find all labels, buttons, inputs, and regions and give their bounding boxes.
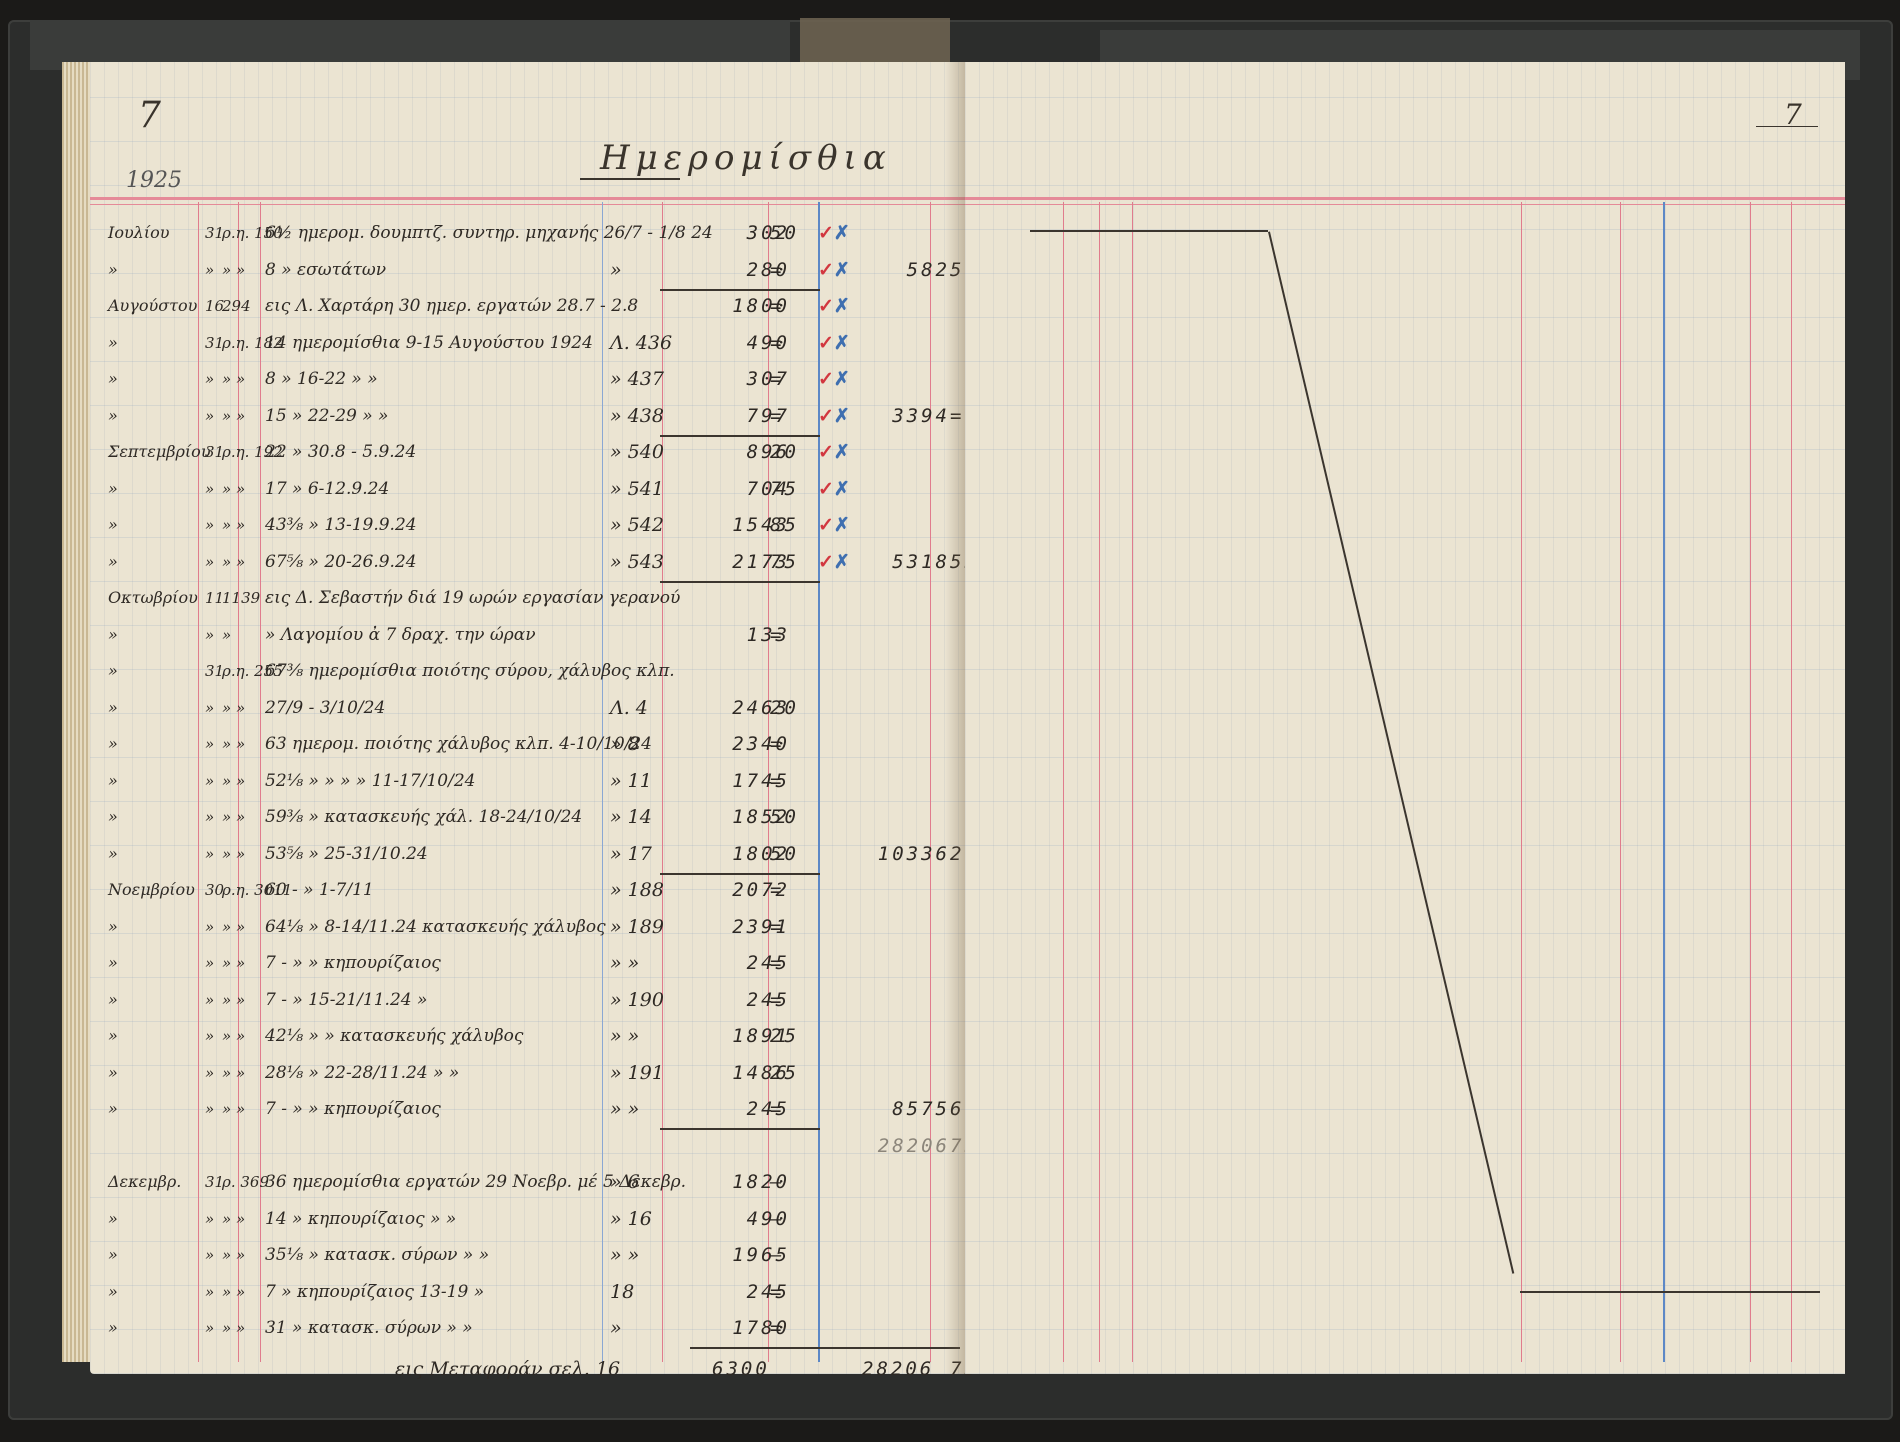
cell-subtotal: 10336 bbox=[860, 843, 950, 865]
cell-ref: » » bbox=[222, 368, 245, 390]
cell-cents: 25 bbox=[770, 1025, 799, 1047]
cell-month: » bbox=[108, 660, 118, 682]
cell-description: 27/9 - 3/10/24 bbox=[265, 697, 385, 719]
cell-month: » bbox=[108, 952, 118, 974]
sum-rule bbox=[660, 289, 820, 291]
page-title: Ημερομίσθια bbox=[600, 138, 892, 178]
cell-month: » bbox=[108, 1062, 118, 1084]
cell-description: 22 » 30.8 - 5.9.24 bbox=[265, 441, 416, 463]
cell-ref: » » bbox=[222, 1281, 245, 1303]
cell-month: » bbox=[108, 806, 118, 828]
cell-subtotal: 5318 bbox=[860, 551, 950, 573]
cell-folio-ref: » 6 bbox=[610, 1171, 640, 1193]
cell-folio-ref: » 14 bbox=[610, 806, 652, 828]
cell-cents: 20 bbox=[770, 697, 799, 719]
cell-cents: = bbox=[770, 733, 784, 755]
cell-ref: 294 bbox=[222, 295, 251, 317]
cell-month: » bbox=[108, 733, 118, 755]
cell-month: » bbox=[108, 916, 118, 938]
cell-ref: » » bbox=[222, 1098, 245, 1120]
cell-description: 42⅛ » » κατασκευής χάλυβος bbox=[265, 1025, 523, 1047]
cell-folio-ref: » 190 bbox=[610, 989, 664, 1011]
cell-folio-ref: » 438 bbox=[610, 405, 664, 427]
cell-month: » bbox=[108, 478, 118, 500]
cell-subtotal: 8575 bbox=[860, 1098, 950, 1120]
cell-ref: » » bbox=[222, 1062, 245, 1084]
cell-ref: 1139 bbox=[222, 587, 260, 609]
col-rule-r5 bbox=[1620, 202, 1621, 1362]
cell-day: » bbox=[205, 916, 214, 938]
cell-folio-ref: » » bbox=[610, 1098, 639, 1120]
cell-folio-ref: » » bbox=[610, 1244, 639, 1266]
cell-description: 35⅛ » κατασκ. σύρων » » bbox=[265, 1244, 489, 1266]
cell-day: » bbox=[205, 1062, 214, 1084]
cell-folio-ref: » 11 bbox=[610, 770, 652, 792]
cell-folio-ref: » 191 bbox=[610, 1062, 664, 1084]
cell-day: » bbox=[205, 259, 214, 281]
sum-rule bbox=[660, 435, 820, 437]
cell-cents: 50 bbox=[770, 806, 799, 828]
check-mark-icon: ✓✗ bbox=[818, 478, 850, 500]
title-underline bbox=[580, 178, 680, 180]
cell-cents: = bbox=[770, 879, 784, 901]
cell-ref: » » bbox=[222, 806, 245, 828]
cell-description: 43⅜ » 13-19.9.24 bbox=[265, 514, 417, 536]
cell-description: 64⅛ » 8-14/11.24 κατασκευής χάλυβος bbox=[265, 916, 606, 938]
carry-forward-label: εις Μεταφοράν σελ. 16 bbox=[395, 1358, 620, 1380]
cell-month: Ιουλίου bbox=[108, 222, 169, 244]
cell-day: » bbox=[205, 733, 214, 755]
cell-ref: » » bbox=[222, 405, 245, 427]
cell-cents: – bbox=[770, 1208, 784, 1230]
cell-description: 52⅛ » » » » 11-17/10/24 bbox=[265, 770, 475, 792]
cell-folio-ref: » » bbox=[610, 1025, 639, 1047]
cell-subtotal: 582 bbox=[860, 259, 950, 281]
col-rule-r3 bbox=[1132, 202, 1133, 1362]
cell-month: » bbox=[108, 843, 118, 865]
col-rule-r1 bbox=[1063, 202, 1064, 1362]
cell-day: » bbox=[205, 405, 214, 427]
cell-month: » bbox=[108, 1281, 118, 1303]
cell-description: 15 » 22-29 » » bbox=[265, 405, 388, 427]
cell-ref: » » bbox=[222, 952, 245, 974]
right-folio-underline bbox=[1756, 126, 1818, 127]
cell-description: 7 - » 15-21/11.24 » bbox=[265, 989, 427, 1011]
cell-ref: » » bbox=[222, 551, 245, 573]
cell-month: » bbox=[108, 989, 118, 1011]
check-mark-icon: ✓✗ bbox=[818, 295, 850, 317]
check-mark-icon: ✓✗ bbox=[818, 441, 850, 463]
cell-ref: » » bbox=[222, 1317, 245, 1339]
check-mark-icon: ✓✗ bbox=[818, 259, 850, 281]
cell-description: 60 - » 1-7/11 bbox=[265, 879, 374, 901]
sum-rule bbox=[660, 1128, 820, 1130]
cell-month: » bbox=[108, 1317, 118, 1339]
cell-description: 31 » κατασκ. σύρων » » bbox=[265, 1317, 473, 1339]
cell-folio-ref: » 541 bbox=[610, 478, 664, 500]
cell-description: 17 » 6-12.9.24 bbox=[265, 478, 389, 500]
cell-month: » bbox=[108, 259, 118, 281]
check-mark-icon: ✓✗ bbox=[818, 551, 850, 573]
sum-rule bbox=[690, 1347, 960, 1349]
cell-cents: 50 bbox=[770, 843, 799, 865]
col-rule-r6 bbox=[1663, 202, 1665, 1362]
cell-folio-ref: 18 bbox=[610, 1281, 634, 1303]
carry-forward-total: 28206 bbox=[862, 1358, 934, 1380]
cell-folio-ref: » 17 bbox=[610, 843, 652, 865]
cell-month: » bbox=[108, 1025, 118, 1047]
cell-description: 53⅝ » 25-31/10.24 bbox=[265, 843, 428, 865]
col-rule-r8 bbox=[1791, 202, 1792, 1362]
cell-day: » bbox=[205, 514, 214, 536]
cell-description: 63 ημερομ. ποιότης χάλυβος κλπ. 4-10/10/… bbox=[265, 733, 652, 755]
cell-ref: » » bbox=[222, 989, 245, 1011]
cell-subtotal: 28206 bbox=[860, 1135, 950, 1157]
cell-month: » bbox=[108, 332, 118, 354]
cell-ref: » » bbox=[222, 1208, 245, 1230]
cell-description: 14 » κηπουρίζαιος » » bbox=[265, 1208, 456, 1230]
cell-month: » bbox=[108, 624, 118, 646]
cell-cents: 75 bbox=[770, 551, 799, 573]
header-rule-red-thin-right bbox=[965, 204, 1845, 205]
cell-cents: = bbox=[770, 916, 784, 938]
cell-description: 67⅜ ημερομίσθια ποιότης σύρου, χάλυβος κ… bbox=[265, 660, 675, 682]
cell-description: 67⅝ » 20-26.9.24 bbox=[265, 551, 417, 573]
cell-cents: = bbox=[770, 332, 784, 354]
cell-month: » bbox=[108, 514, 118, 536]
cell-ref: ρ. 369 bbox=[222, 1171, 269, 1193]
cell-day: » bbox=[205, 1025, 214, 1047]
cell-month: » bbox=[108, 405, 118, 427]
cell-description: εις Δ. Σεβαστήν διά 19 ωρών εργασίαν γερ… bbox=[265, 587, 680, 609]
cell-ref: » bbox=[222, 624, 231, 646]
cell-day: » bbox=[205, 1281, 214, 1303]
cell-day: » bbox=[205, 551, 214, 573]
cell-cents: = bbox=[770, 259, 784, 281]
cell-cents: = bbox=[770, 1281, 784, 1303]
left-folio-number: 7 bbox=[138, 95, 161, 136]
cell-cents: 75 bbox=[770, 478, 799, 500]
cell-day: » bbox=[205, 806, 214, 828]
cancel-line-top bbox=[1030, 230, 1268, 232]
cell-cents: – bbox=[770, 1171, 784, 1193]
cell-cents: = bbox=[770, 1317, 784, 1339]
cell-ref: » » bbox=[222, 697, 245, 719]
cell-subtotal: 3394 bbox=[860, 405, 950, 427]
cell-month: » bbox=[108, 697, 118, 719]
right-page bbox=[965, 62, 1845, 1374]
cell-month: » bbox=[108, 1098, 118, 1120]
check-mark-icon: ✓✗ bbox=[818, 405, 850, 427]
cell-ref: » » bbox=[222, 1025, 245, 1047]
cell-folio-ref: » bbox=[610, 259, 622, 281]
cell-cents: 20 bbox=[770, 441, 799, 463]
sum-rule bbox=[660, 873, 820, 875]
cell-month: » bbox=[108, 1244, 118, 1266]
cell-cents: = bbox=[770, 989, 784, 1011]
cell-ref: » » bbox=[222, 1244, 245, 1266]
cell-month: Δεκεμβρ. bbox=[108, 1171, 181, 1193]
cell-ref: » » bbox=[222, 259, 245, 281]
cell-cents: = bbox=[770, 770, 784, 792]
cell-cents: = bbox=[770, 295, 784, 317]
cell-description: 6½ ημερομ. δουμπτζ. συντηρ. μηχανής 26/7… bbox=[265, 222, 713, 244]
cell-day: » bbox=[205, 697, 214, 719]
cancel-line-bottom bbox=[1520, 1291, 1820, 1293]
cell-month: Οκτωβρίου bbox=[108, 587, 198, 609]
col-rule-r4 bbox=[1521, 202, 1522, 1362]
check-mark-icon: ✓✗ bbox=[818, 514, 850, 536]
cell-folio-ref: » » bbox=[610, 952, 639, 974]
cell-description: 7 - » » κηπουρίζαιος bbox=[265, 1098, 441, 1120]
col-rule-r7 bbox=[1750, 202, 1751, 1362]
cell-folio-ref: Λ. 436 bbox=[610, 332, 672, 354]
year-note: 1925 bbox=[126, 170, 182, 192]
header-rule-red-thin bbox=[90, 204, 970, 205]
cell-month: » bbox=[108, 770, 118, 792]
cell-folio-ref: » 16 bbox=[610, 1208, 652, 1230]
cell-description: 7 » κηπουρίζαιος 13-19 » bbox=[265, 1281, 484, 1303]
cell-ref: » » bbox=[222, 478, 245, 500]
cell-month: Νοεμβρίου bbox=[108, 879, 195, 901]
cell-folio-ref: » 540 bbox=[610, 441, 664, 463]
cell-day: » bbox=[205, 624, 214, 646]
cell-folio-ref: Λ. 4 bbox=[610, 697, 648, 719]
cell-folio-ref: » 189 bbox=[610, 916, 664, 938]
cell-day: » bbox=[205, 1244, 214, 1266]
cell-description: 59⅜ » κατασκευής χάλ. 18-24/10/24 bbox=[265, 806, 582, 828]
check-mark-icon: ✓✗ bbox=[818, 332, 850, 354]
cell-day: » bbox=[205, 989, 214, 1011]
cell-description: 14 ημερομίσθια 9-15 Αυγούστου 1924 bbox=[265, 332, 593, 354]
cell-day: » bbox=[205, 843, 214, 865]
cell-cents: = bbox=[770, 1098, 784, 1120]
cell-folio-ref: » 542 bbox=[610, 514, 664, 536]
cell-description: 8 » 16-22 » » bbox=[265, 368, 378, 390]
cell-cents: 50 bbox=[770, 222, 799, 244]
col-rule-r2 bbox=[1099, 202, 1100, 1362]
cell-description: 7 - » » κηπουρίζαιος bbox=[265, 952, 441, 974]
header-rule-red-right bbox=[965, 197, 1845, 200]
cell-month: Αυγούστου bbox=[108, 295, 197, 317]
cell-description: 8 » εσωτάτων bbox=[265, 259, 386, 281]
cell-description: » Λαγομίου ἀ 7 δραχ. την ώραν bbox=[265, 624, 536, 646]
cell-day: » bbox=[205, 1098, 214, 1120]
cell-cents: – bbox=[770, 1244, 784, 1266]
cell-cents: = bbox=[770, 952, 784, 974]
cell-folio-ref: » bbox=[610, 1317, 622, 1339]
cell-folio-ref: » 437 bbox=[610, 368, 664, 390]
cell-description: 28⅛ » 22-28/11.24 » » bbox=[265, 1062, 459, 1084]
cell-ref: » » bbox=[222, 733, 245, 755]
cell-month: » bbox=[108, 551, 118, 573]
check-mark-icon: ✓✗ bbox=[818, 368, 850, 390]
cell-cents: = bbox=[770, 624, 784, 646]
carry-forward-amount: 6300 bbox=[712, 1358, 770, 1380]
cell-folio-ref: » 188 bbox=[610, 879, 664, 901]
cell-day: » bbox=[205, 1317, 214, 1339]
sum-rule bbox=[660, 581, 820, 583]
cell-month: » bbox=[108, 368, 118, 390]
cell-day: » bbox=[205, 478, 214, 500]
cell-cents: 25 bbox=[770, 1062, 799, 1084]
cell-folio-ref: » 543 bbox=[610, 551, 664, 573]
cell-ref: » » bbox=[222, 916, 245, 938]
cell-cents: 85 bbox=[770, 514, 799, 536]
cell-description: εις Λ. Χαρτάρη 30 ημερ. εργατών 28.7 - 2… bbox=[265, 295, 638, 317]
cell-month: » bbox=[108, 1208, 118, 1230]
cell-cents: = bbox=[770, 405, 784, 427]
cell-day: » bbox=[205, 1208, 214, 1230]
check-mark-icon: ✓✗ bbox=[818, 222, 850, 244]
header-rule-red bbox=[90, 197, 970, 200]
cell-folio-ref: » 8 bbox=[610, 733, 640, 755]
cell-ref: » » bbox=[222, 514, 245, 536]
cell-month: Σεπτεμβρίου bbox=[108, 441, 211, 463]
cell-day: » bbox=[205, 368, 214, 390]
cell-cents: = bbox=[770, 368, 784, 390]
cell-day: » bbox=[205, 770, 214, 792]
cell-ref: » » bbox=[222, 770, 245, 792]
cell-ref: » » bbox=[222, 843, 245, 865]
cell-day: » bbox=[205, 952, 214, 974]
